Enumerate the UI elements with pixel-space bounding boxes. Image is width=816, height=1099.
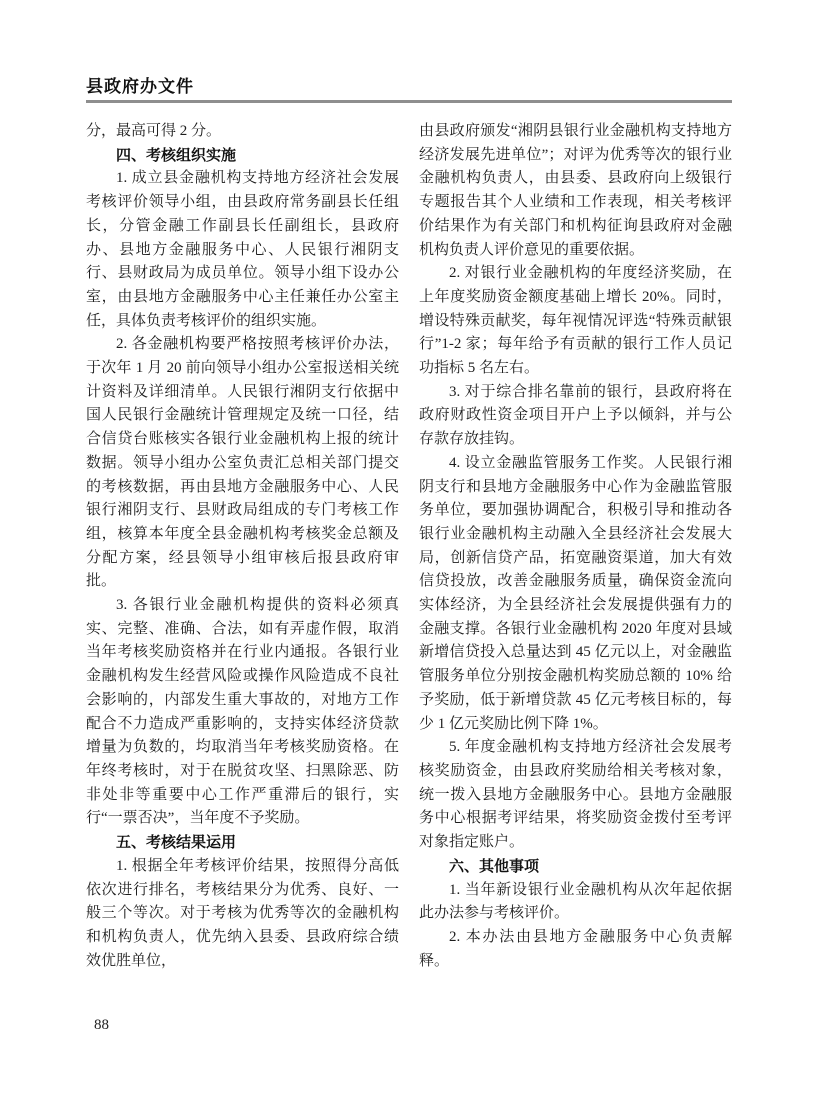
paragraph: 2. 本办法由县地方金融服务中心负责解释。 bbox=[419, 926, 732, 973]
right-column: 由县政府颁发“湘阴县银行业金融机构支持地方经济发展先进单位”；对评为优秀等次的银… bbox=[419, 120, 732, 973]
paragraph: 1. 根据全年考核评价结果，按照得分高低依次进行排名，考核结果分为优秀、良好、一… bbox=[86, 855, 399, 974]
section-heading-5: 五、考核结果运用 bbox=[86, 831, 399, 855]
paragraph: 4. 设立金融监管服务工作奖。人民银行湘阴支行和县地方金融服务中心作为金融监管服… bbox=[419, 452, 732, 736]
paragraph: 2. 对银行业金融机构的年度经济奖励，在上年度奖励资金额度基础上增长 20%。同… bbox=[419, 262, 732, 381]
paragraph-continuation: 由县政府颁发“湘阴县银行业金融机构支持地方经济发展先进单位”；对评为优秀等次的银… bbox=[419, 120, 732, 262]
text-columns: 分，最高可得 2 分。 四、考核组织实施 1. 成立县金融机构支持地方经济社会发… bbox=[86, 120, 732, 973]
section-heading-4: 四、考核组织实施 bbox=[86, 144, 399, 168]
paragraph: 5. 年度金融机构支持地方经济社会发展考核奖励资金，由县政府奖励给相关考核对象，… bbox=[419, 736, 732, 855]
paragraph: 3. 对于综合排名靠前的银行，县政府将在政府财政性资金项目开户上予以倾斜，并与公… bbox=[419, 381, 732, 452]
paragraph-continuation: 分，最高可得 2 分。 bbox=[86, 120, 399, 144]
paragraph: 1. 成立县金融机构支持地方经济社会发展考核评价领导小组，由县政府常务副县长任组… bbox=[86, 167, 399, 333]
document-page: 县政府办文件 分，最高可得 2 分。 四、考核组织实施 1. 成立县金融机构支持… bbox=[0, 0, 816, 1099]
paragraph: 3. 各银行业金融机构提供的资料必须真实、完整、准确、合法，如有弄虚作假，取消当… bbox=[86, 594, 399, 831]
left-column: 分，最高可得 2 分。 四、考核组织实施 1. 成立县金融机构支持地方经济社会发… bbox=[86, 120, 399, 973]
document-header-title: 县政府办文件 bbox=[86, 72, 194, 97]
paragraph: 2. 各金融机构要严格按照考核评价办法，于次年 1 月 20 前向领导小组办公室… bbox=[86, 333, 399, 594]
page-number: 88 bbox=[94, 1017, 109, 1034]
header-rule bbox=[86, 100, 732, 103]
paragraph: 1. 当年新设银行业金融机构从次年起依据此办法参与考核评价。 bbox=[419, 879, 732, 926]
section-heading-6: 六、其他事项 bbox=[419, 855, 732, 879]
